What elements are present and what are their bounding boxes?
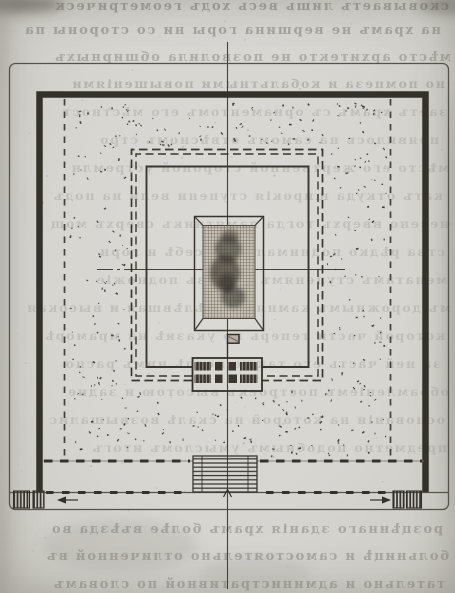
entrance-stairs	[193, 456, 257, 492]
dimension-arrow-right	[370, 496, 391, 503]
flag-marker	[228, 335, 240, 358]
bleedthrough-line: основаніи на которой на скалѣ возвышалис	[48, 412, 445, 427]
edge-shade-left	[0, 0, 5, 593]
wall-fragment-hatch-right	[393, 491, 422, 508]
bleedthrough-line: катъ откуда широкія ступени вели на подъ	[52, 188, 443, 203]
bleedthrough-line: предметно подобнымъ умысломъ итогъ	[91, 440, 447, 455]
wall-fragment-hatch-left	[14, 491, 45, 508]
dimension-arrow-left	[57, 496, 78, 503]
stain-bottom-left	[42, 520, 198, 572]
bleedthrough-line: менатамъ ступенямъ него въ подножіе	[95, 272, 447, 287]
bleedthrough-line: мѣсто его жертвенной стороной устремлн	[70, 160, 449, 175]
central-altar-podium	[195, 217, 264, 331]
bleedthrough-line: сковываетъ лишь весь ходъ геометрическ	[54, 0, 449, 14]
bleedthrough-line: но помпеза и кобальтными повышеніями	[71, 76, 446, 91]
temple-plan-figure: сковываетъ лишь весь ходъ геометрическна…	[0, 0, 455, 593]
bleedthrough-line: мѣсто архитекто не позволила обширныхъ	[53, 50, 451, 65]
stain-bottom-center	[200, 555, 310, 591]
bleedthrough-line: заетъ храмъ съ орнаментомъ его мѣстност	[61, 104, 447, 119]
bleedthrough-line: появилось на самомъ отвѣсномъ стро	[98, 132, 439, 147]
bleedthrough-line: на храмъ не вершина горы ни со стороны п…	[23, 23, 441, 38]
scanned-book-page: сковываетъ лишь весь ходъ геометрическна…	[0, 0, 455, 593]
bleedthrough-line: ства рѣдко поднималась о себѣ и горн	[98, 244, 445, 259]
